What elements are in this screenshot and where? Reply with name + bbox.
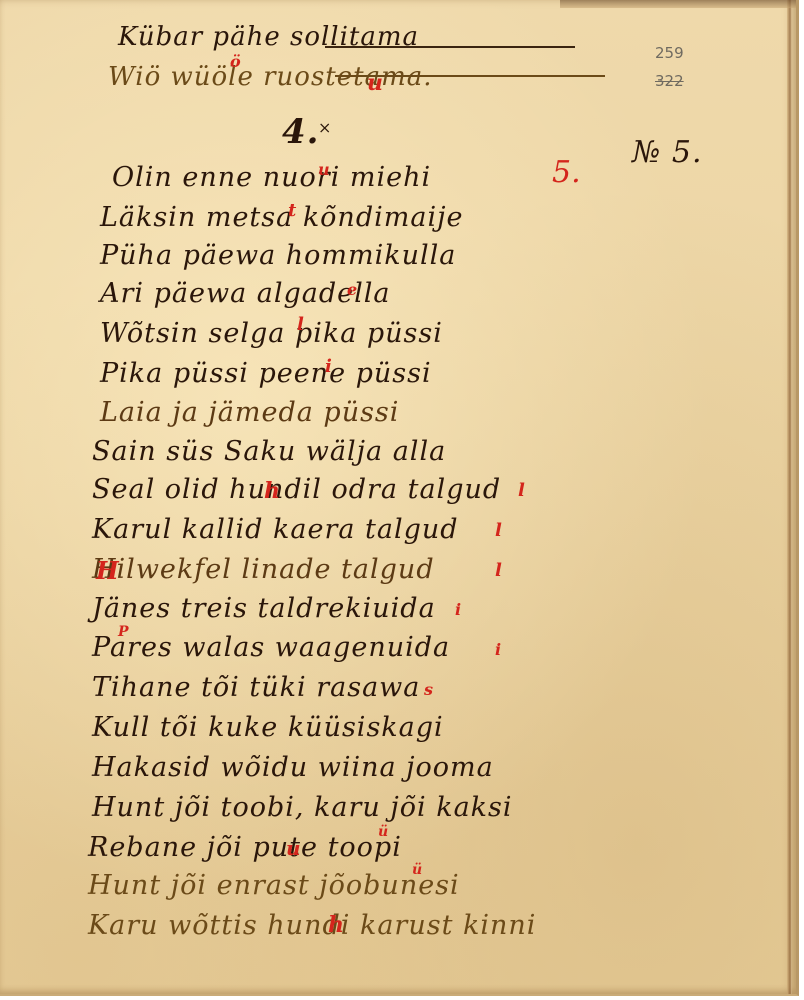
section-number: 4.	[282, 112, 320, 152]
poem-line-5: Wõtsin selga pika püssi	[100, 318, 443, 349]
correction-mark: u	[318, 160, 330, 179]
archive-number-struck: 322	[655, 72, 684, 90]
correction-mark: t	[288, 200, 296, 221]
poem-line-12: Jänes treis taldrekiuida	[92, 593, 436, 624]
strikethrough-line-1	[325, 46, 575, 48]
section-mark: ×	[318, 118, 332, 137]
correction-mark: h	[264, 478, 280, 504]
poem-line-6: Pika püssi peene püssi	[100, 358, 432, 389]
correction-mark: l	[297, 314, 304, 335]
correction-mark: l	[518, 480, 525, 501]
poem-line-15: Kull tõi kuke küüsiskagi	[92, 712, 444, 743]
poem-line-11: Hilwekfel linade talgud	[92, 554, 435, 585]
correction-mark: i	[325, 356, 332, 377]
correction-mark: H	[96, 556, 119, 585]
red-margin-number: 5.	[552, 155, 581, 190]
poem-line-10: Karul kallid kaera talgud	[92, 514, 459, 545]
correction-mark: l	[495, 520, 502, 541]
poem-line-8: Sain süs Saku wälja alla	[92, 436, 446, 467]
poem-line-9: Seal olid hundil odra talgud	[92, 474, 501, 505]
correction-mark: s	[424, 680, 433, 699]
archive-number: 259	[655, 44, 684, 62]
poem-line-13: Pares walas waagenuida	[92, 632, 450, 663]
poem-line-20: Karu wõttis hundi karust kinni	[88, 910, 536, 941]
item-number: № 5.	[632, 135, 703, 170]
header-line-2: Wiö wüöle ruostetama.	[108, 62, 433, 92]
poem-line-1: Olin enne nuori miehi	[112, 162, 431, 193]
correction-mark: u	[286, 836, 301, 860]
correction-mark-header-o: ö	[230, 52, 241, 71]
poem-line-14: Tihane tõi tüki rasawa	[92, 672, 420, 703]
correction-mark: e	[347, 280, 357, 299]
correction-mark: h	[328, 912, 344, 938]
poem-line-17: Hunt jõi toobi, karu jõi kaksi	[92, 792, 513, 823]
correction-mark: l	[495, 560, 502, 581]
manuscript-page: Kübar pähe sollitama Wiö wüöle ruostetam…	[0, 0, 799, 996]
poem-line-16: Hakasid wõidu wiina jooma	[92, 752, 494, 783]
poem-line-2: Läksin metsa kõndimaije	[100, 202, 463, 233]
correction-mark-header-u: u	[367, 70, 383, 96]
correction-mark: i	[495, 640, 501, 659]
poem-line-7: Laia ja jämeda püssi	[100, 397, 399, 428]
correction-mark: ü	[412, 862, 422, 878]
page-edge-right	[787, 0, 792, 994]
poem-line-19: Hunt jõi enrast jõobunesi	[88, 870, 460, 901]
correction-mark: i	[455, 600, 461, 619]
poem-line-18: Rebane jõi pute toopi	[88, 832, 402, 863]
correction-mark: ü	[378, 824, 388, 840]
page-edge-top	[560, 0, 796, 8]
correction-mark: P	[118, 624, 129, 640]
poem-line-3: Püha päewa hommikulla	[100, 240, 456, 271]
